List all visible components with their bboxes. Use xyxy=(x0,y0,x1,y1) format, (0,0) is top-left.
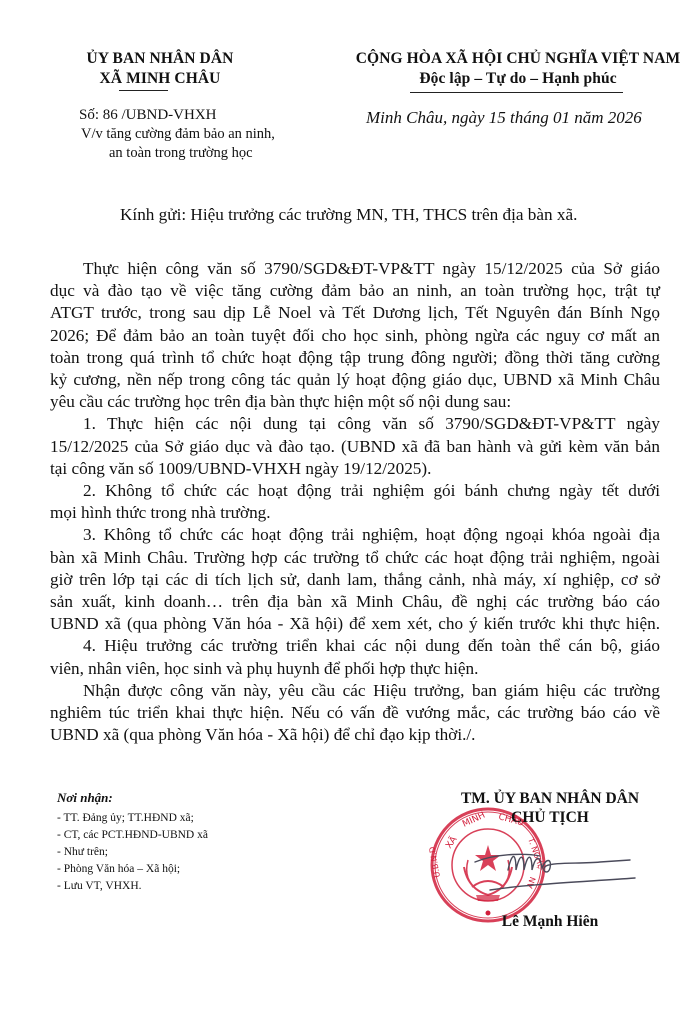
body-line: viên, nhân viên, học sinh và phụ huynh đ… xyxy=(50,658,660,680)
body-line: mọi hình thức trong nhà trường. xyxy=(50,502,660,524)
signature-position: CHỦ TỊCH xyxy=(430,809,670,827)
signature-title: TM. ỦY BAN NHÂN DÂN xyxy=(430,790,670,808)
national-title: CỘNG HÒA XÃ HỘI CHỦ NGHĨA VIỆT NAM xyxy=(340,50,696,68)
recipient-item: - Như trên; xyxy=(57,844,108,860)
salutation: Kính gửi: Hiệu trưởng các trường MN, TH,… xyxy=(120,205,577,225)
header-right-rule xyxy=(410,92,623,93)
body-line: UBND xã (qua phòng Văn hóa - Xã hội) để … xyxy=(50,724,660,746)
body-line: kỷ cương, nền nếp trong công tác quản lý… xyxy=(50,369,660,391)
body-line: 15/12/2025 của Sở giáo dục và đào tạo. (… xyxy=(50,436,660,458)
header-left-rule xyxy=(119,90,168,91)
body-line: ATGT trước, trong sau dịp Lễ Noel và Tết… xyxy=(50,302,660,324)
body-line: UBND xã (qua phòng Văn hóa - Xã hội) để … xyxy=(50,613,660,635)
recipient-item: - CT, các PCT.HĐND-UBND xã xyxy=(57,827,208,843)
body-line: dục và đào tạo về việc tăng cường đảm bả… xyxy=(50,280,660,302)
body-line: 2. Không tổ chức các hoạt động trải nghi… xyxy=(83,480,660,502)
svg-text:U.B.N.D: U.B.N.D xyxy=(428,846,442,878)
recipient-item: - TT. Đảng ủy; TT.HĐND xã; xyxy=(57,810,194,826)
body-line: 4. Hiệu trưởng các trường triển khai các… xyxy=(83,635,660,657)
body-line: giờ trên lớp tại các di tích lịch sử, da… xyxy=(50,569,660,591)
body-line: 2026; Để đảm bảo an toàn tuyệt đối cho h… xyxy=(50,325,660,347)
body-line: toàn trong quá trình tổ chức hoạt động t… xyxy=(50,347,660,369)
body-line: 3. Không tổ chức các hoạt động trải nghi… xyxy=(83,524,660,546)
svg-text:XÃ: XÃ xyxy=(443,834,460,851)
recipient-item: - Phòng Văn hóa – Xã hội; xyxy=(57,861,180,877)
subject-line-1: V/v tăng cường đảm bảo an ninh, xyxy=(81,126,275,143)
agency-name: ỦY BAN NHÂN DÂN xyxy=(60,50,260,68)
recipients-title: Nơi nhận: xyxy=(57,790,113,806)
body-line: 1. Thực hiện các nội dung tại công văn s… xyxy=(83,413,660,435)
body-line: sản xuất, kinh doanh… trên địa bàn xã Mi… xyxy=(50,591,660,613)
document-number: Số: 86 /UBND-VHXH xyxy=(79,107,217,124)
subject-line-2: an toàn trong trường học xyxy=(109,145,253,162)
body-line: Nhận được công văn này, yêu cầu các Hiệu… xyxy=(83,680,660,702)
body-line: nghiêm túc triển khai thực hiện. Nếu có … xyxy=(50,702,660,724)
body-line: yêu cầu các trường học trên địa bàn thực… xyxy=(50,391,660,413)
signer-name: Lê Mạnh Hiên xyxy=(440,913,660,931)
national-motto: Độc lập – Tự do – Hạnh phúc xyxy=(340,70,696,88)
body-line: bàn xã Minh Châu. Trường hợp các trường … xyxy=(50,547,660,569)
handwritten-signature-icon xyxy=(470,840,640,900)
body-line: tại công văn số 1009/UBND-VHXH ngày 19/1… xyxy=(50,458,660,480)
body-line: Thực hiện công văn số 3790/SGD&ĐT-VP&TT … xyxy=(83,258,660,280)
recipient-item: - Lưu VT, VHXH. xyxy=(57,878,142,894)
document-date: Minh Châu, ngày 15 tháng 01 năm 2026 xyxy=(366,108,642,128)
commune-name: XÃ MINH CHÂU xyxy=(60,70,260,88)
